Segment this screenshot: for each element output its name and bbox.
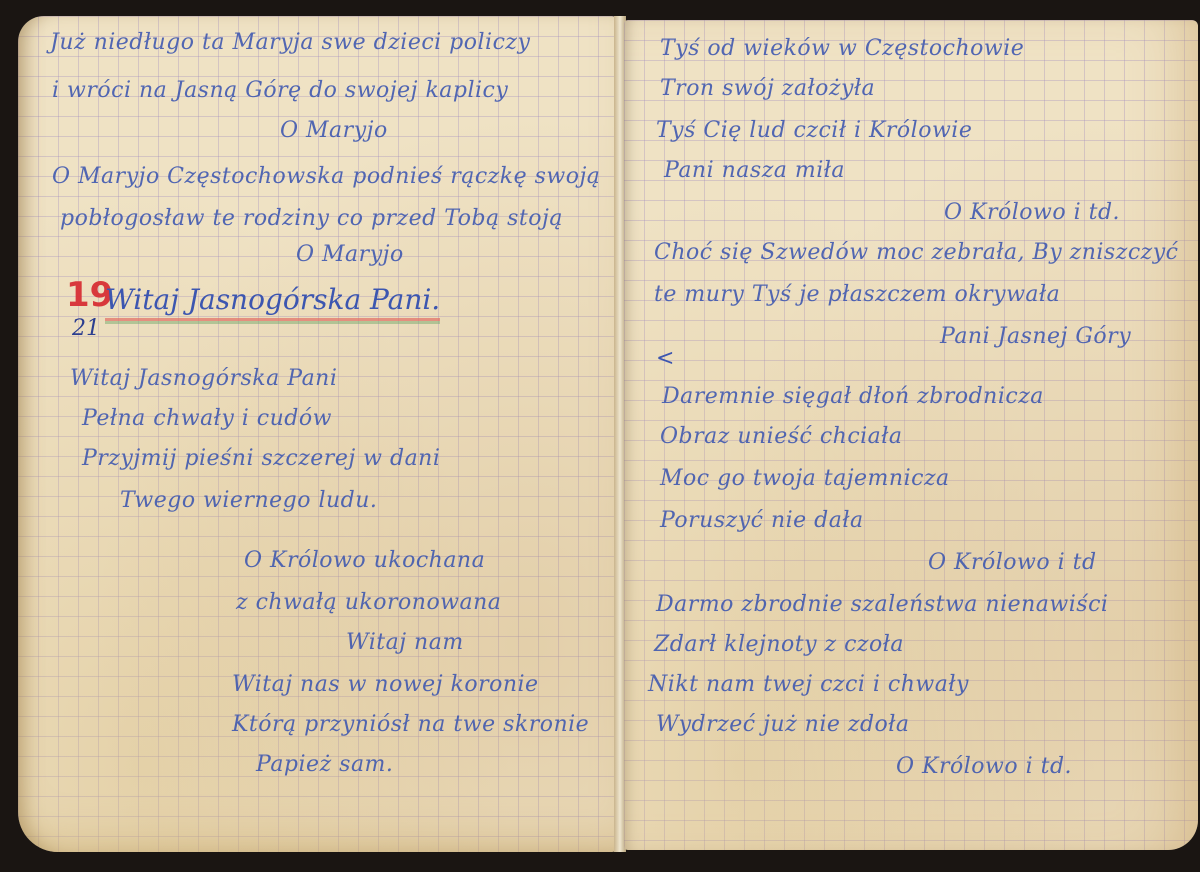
refrain-line: z chwałą ukoronowana — [236, 590, 501, 615]
verse-line: pobłogosław te rodziny co przed Tobą sto… — [60, 206, 563, 231]
refrain-line: O Królowo i td. — [896, 754, 1072, 779]
verse-line: Tyś Cię lud czcił i Królowie — [656, 118, 972, 143]
verse-line: Już niedługo ta Maryja swe dzieci policz… — [50, 30, 530, 55]
verse-line: Pani nasza miła — [664, 158, 845, 183]
refrain-line: O Królowo i td. — [944, 200, 1120, 225]
verse-line: Darmo zbrodnie szaleństwa nienawiści — [656, 592, 1108, 617]
refrain-line: Witaj nam — [346, 630, 464, 655]
song-title: Witaj Jasnogórska Pani. — [105, 283, 440, 321]
refrain-line: O Królowo i td — [928, 550, 1097, 575]
verse-line: Nikt nam twej czci i chwały — [648, 672, 969, 697]
crossed-song-number: 21 — [72, 316, 100, 341]
verse-line: Zdarł klejnoty z czoła — [654, 632, 904, 657]
verse-line: Moc go twoja tajemnicza — [660, 466, 950, 491]
verse-line: te mury Tyś je płaszczem okrywała — [654, 282, 1060, 307]
refrain-line: O Królowo ukochana — [244, 548, 485, 573]
song-line: Witaj Jasnogórska Pani — [70, 366, 337, 391]
verse-line: Obraz unieść chciała — [660, 424, 903, 449]
song-line: Którą przyniósł na twe skronie — [232, 712, 589, 737]
song-line: Witaj nas w nowej koronie — [232, 672, 539, 697]
verse-line: Wydrzeć już nie zdoła — [656, 712, 910, 737]
verse-line: Tron swój założyła — [660, 76, 875, 101]
verse-line: O Maryjo Częstochowska podnieś rączkę sw… — [52, 164, 600, 189]
song-line: Twego wiernego ludu. — [120, 488, 377, 513]
verse-line: Poruszyć nie dała — [660, 508, 864, 533]
song-line: Pełna chwały i cudów — [82, 406, 332, 431]
margin-mark: < — [656, 346, 674, 371]
refrain-line: Pani Jasnej Góry — [940, 324, 1131, 349]
song-line: Przyjmij pieśni szczerej w dani — [82, 446, 440, 471]
verse-line: i wróci na Jasną Górę do swojej kaplicy — [52, 78, 508, 103]
song-line: Papież sam. — [256, 752, 393, 777]
verse-line: Choć się Szwedów moc zebrała, By zniszcz… — [654, 240, 1178, 265]
verse-line: Daremnie sięgał dłoń zbrodnicza — [662, 384, 1044, 409]
refrain-line: O Maryjo — [280, 118, 388, 143]
verse-line: Tyś od wieków w Częstochowie — [660, 36, 1024, 61]
refrain-line: O Maryjo — [296, 242, 404, 267]
